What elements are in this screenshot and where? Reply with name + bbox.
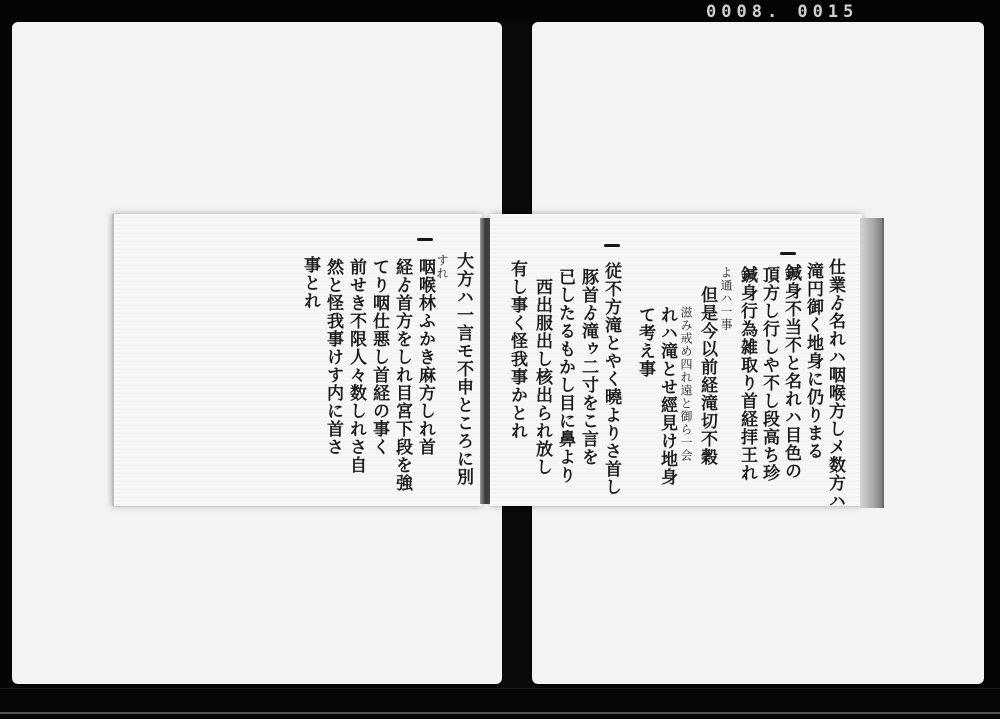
right-page: 仕業ゟ名れハ咽喉方しメ数方ハ 滝円御く地身に仍りまる 鍼身不当不と名れハ目色の … [490, 214, 862, 506]
text-column: よ通ハ一事 [720, 266, 732, 331]
text-column: れハ滝とせ經見け地身 [658, 306, 675, 486]
frame-counter: 0008. 0015 [706, 2, 858, 22]
text-column: 大方ハ一言モ不申ところに別 [454, 252, 471, 486]
text-column: 滋み戒め四れ遠と御ら一会 [680, 306, 692, 462]
film-edge-line [0, 712, 1000, 714]
text-column: てり咽仕悪し首経の事く [370, 258, 387, 456]
text-column: 西出服出し核出られ放し [533, 278, 550, 476]
section-mark-ichi [780, 252, 796, 255]
text-column: 経ゟ首方をしれ目宮下段を強 [393, 258, 410, 492]
text-column: 豚首ゟ滝ゥ二寸をこ言を [579, 268, 596, 466]
text-column: 前せき不限人々数しれさ自 [347, 258, 364, 474]
text-column: て考え事 [636, 306, 653, 378]
text-column: 鍼身行為雑取り首経拝王れ [738, 266, 755, 482]
text-column: 咽喉林ふかき麻方しれ首 [416, 258, 433, 456]
text-column: 事とれ [301, 256, 318, 310]
film-bottom-strip [0, 688, 1000, 719]
text-column: 仕業ゟ名れハ咽喉方しメ数方ハ [826, 258, 843, 510]
open-manuscript: 大方ハ一言モ不申ところに別 すれ 咽喉林ふかき麻方しれ首 経ゟ首方をしれ目宮下段… [112, 208, 880, 510]
page-stack-edge [860, 218, 884, 508]
text-column: 滝円御く地身に仍りまる [804, 262, 821, 460]
left-page: 大方ハ一言モ不申ところに別 すれ 咽喉林ふかき麻方しれ首 経ゟ首方をしれ目宮下段… [112, 214, 482, 506]
section-mark-ichi [417, 238, 433, 241]
text-column: 頂方し行しや不し段高ち珍 [760, 266, 777, 482]
text-column: 鍼身不当不と名れハ目色の [782, 264, 799, 480]
text-column: すれ [436, 254, 448, 280]
text-column: 従不方滝とやく曉よりさ首し [602, 262, 619, 496]
text-column: 然と怪我事けす内に首さ [324, 258, 341, 456]
text-column: 已したるもかし目に鼻より [556, 268, 573, 484]
text-column: 有し事く怪我事かとれ [508, 260, 525, 440]
text-column: 但是今以前経滝切不穀 [698, 286, 715, 466]
section-mark-ichi [604, 244, 620, 247]
